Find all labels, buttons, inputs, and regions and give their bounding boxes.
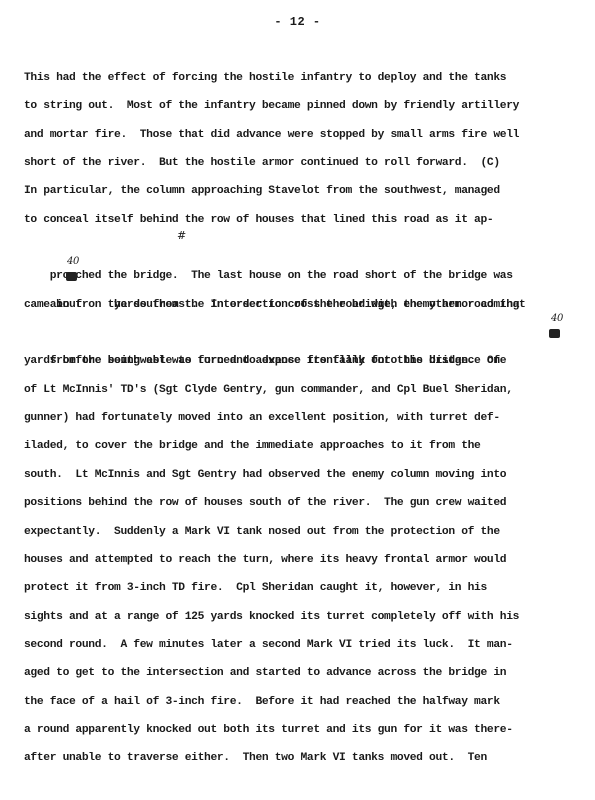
text-line: to conceal itself behind the row of hous… <box>24 206 584 234</box>
text-line: positions behind the row of houses south… <box>24 489 584 517</box>
text-line: iladed, to cover the bridge and the imme… <box>24 432 584 460</box>
text-line: This had the effect of forcing the hosti… <box>24 64 584 92</box>
text-line: a round apparently knocked out both its … <box>24 716 584 744</box>
text-line: and mortar fire. Those that did advance … <box>24 121 584 149</box>
text-line: aged to get to the intersection and star… <box>24 659 584 687</box>
text-line: to string out. Most of the infantry beca… <box>24 92 584 120</box>
body-text: This had the effect of forcing the hosti… <box>24 64 584 773</box>
text-line: sights and at a range of 125 yards knock… <box>24 603 584 631</box>
text-line-with-correction: about yards from the intersection of the… <box>24 262 584 290</box>
text-line: came in fron the southeast. In order to … <box>24 291 584 319</box>
page-number: - 12 - <box>0 15 595 29</box>
text-line: after unable to traverse either. Then tw… <box>24 744 584 772</box>
text-line: short of the river. But the hostile armo… <box>24 149 584 177</box>
text-line-with-paragraph-mark: proached the bridge. The last house on t… <box>24 234 584 262</box>
text-line: protect it from 3-inch TD fire. Cpl Sher… <box>24 574 584 602</box>
text-line: south. Lt McInnis and Sgt Gentry had obs… <box>24 461 584 489</box>
text-line: expectantly. Suddenly a Mark VI tank nos… <box>24 518 584 546</box>
text-line: the face of a hail of 3-inch fire. Befor… <box>24 688 584 716</box>
text-line: In particular, the column approaching St… <box>24 177 584 205</box>
struck-out-value <box>549 329 560 338</box>
struck-out-value <box>66 272 77 281</box>
text-line: houses and attempted to reach the turn, … <box>24 546 584 574</box>
text-line: of Lt McInnis' TD's (Sgt Clyde Gentry, g… <box>24 376 584 404</box>
text-line: gunner) had fortunately moved into an ex… <box>24 404 584 432</box>
paragraph-mark-annotation: # <box>177 222 186 250</box>
text-line: second round. A few minutes later a seco… <box>24 631 584 659</box>
text-line-with-correction: from the southwest was forced to expose … <box>24 319 584 347</box>
text-line: yards before being able to turn and adva… <box>24 347 584 375</box>
